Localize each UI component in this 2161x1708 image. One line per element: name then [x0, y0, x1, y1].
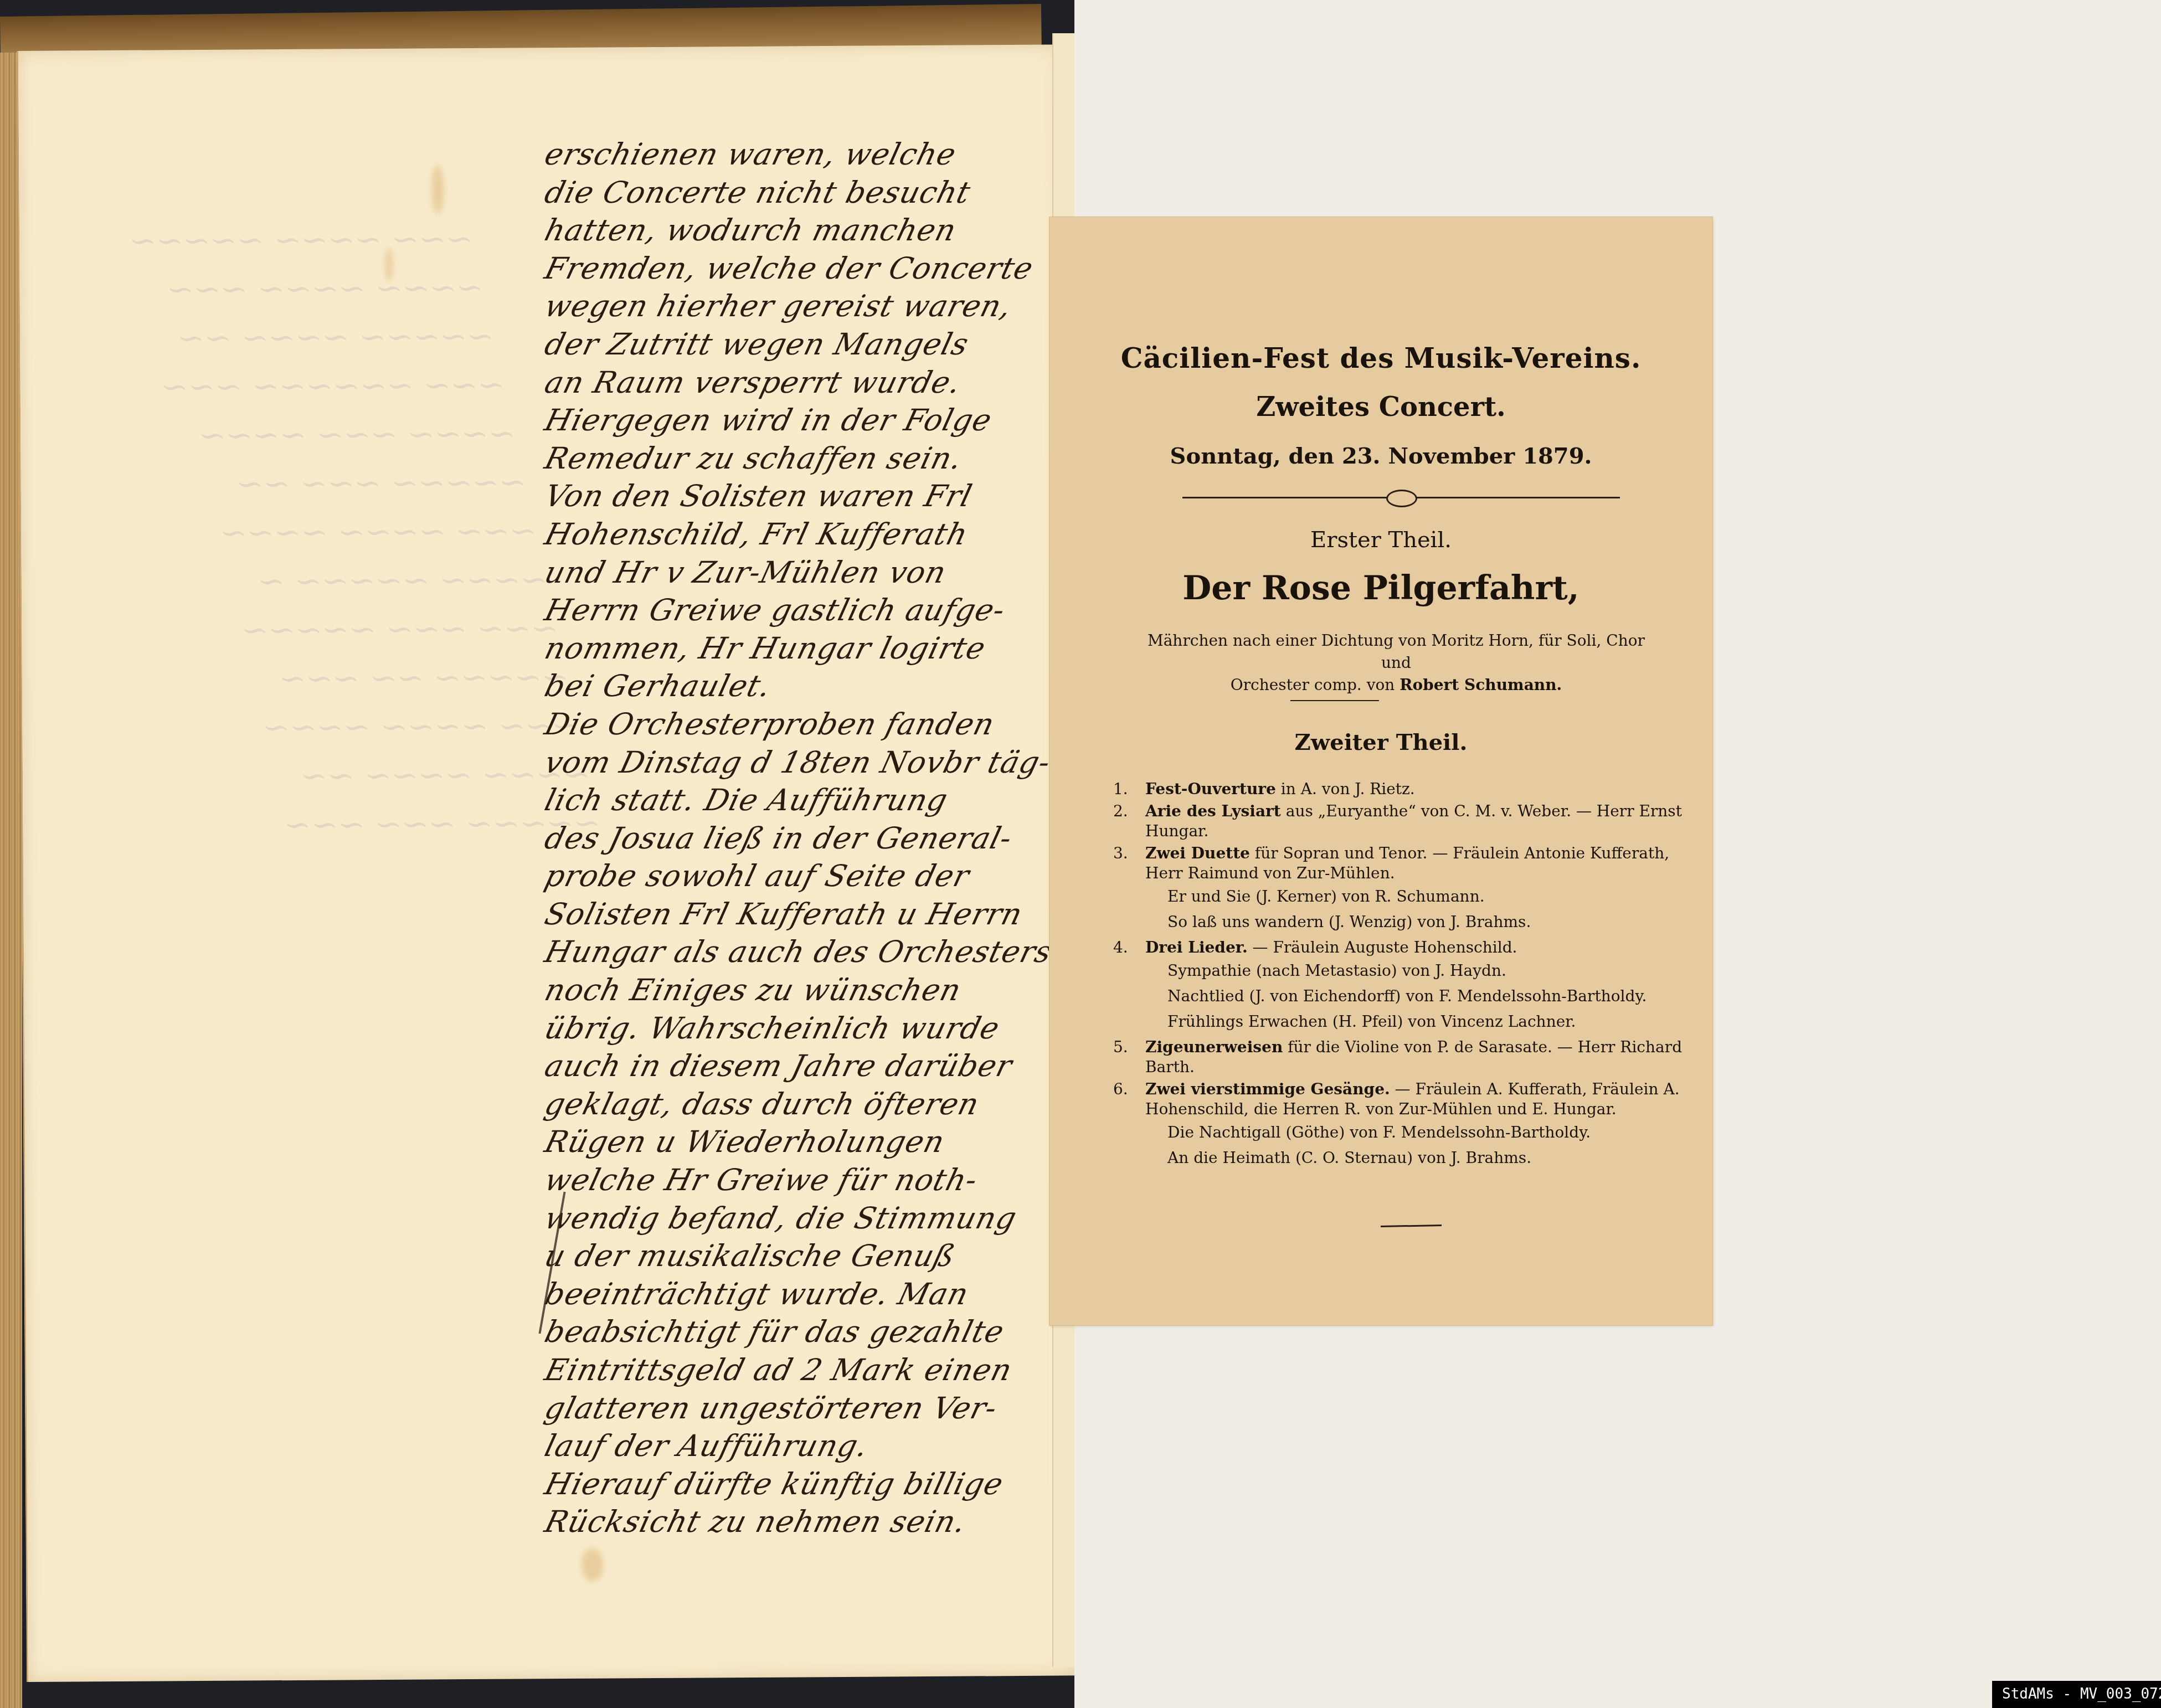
programme-item: 2. Arie des Lysiart aus „Euryanthe“ von …: [1113, 801, 1689, 841]
item-number: 1.: [1113, 779, 1128, 799]
foxing-stain: [582, 1548, 604, 1582]
item-title: Zwei vierstimmige Gesänge.: [1145, 1080, 1390, 1098]
ink-bleed-through: ~~~ ~~~~ ~~~~~~~~~ ~~~~ ~~~~~~~~ ~~~~ ~~…: [24, 214, 605, 850]
part1-composer: Robert Schumann.: [1399, 676, 1562, 694]
manuscript-book: ~~~ ~~~~ ~~~~~~~~~ ~~~~ ~~~~~~~~ ~~~~ ~~…: [0, 0, 1088, 1708]
handwritten-line: der Zutritt wegen Mangels: [541, 326, 1082, 364]
handwritten-line: beabsichtigt für das gezahlte: [541, 1313, 1082, 1351]
handwritten-line: Hiergegen wird in der Folge: [541, 402, 1082, 440]
sub-piece: So laß uns wandern (J. Wenzig) von J. Br…: [1113, 912, 1689, 932]
item-number: 3.: [1113, 843, 1128, 863]
part1-work-title: Der Rose Pilgerfahrt,: [1049, 569, 1712, 608]
part2-heading: Zweiter Theil.: [1049, 729, 1712, 755]
concert-programme-card: Cäcilien-Fest des Musik-Vereins. Zweites…: [1049, 217, 1712, 1325]
item-title: Arie des Lysiart: [1145, 802, 1281, 820]
handwritten-line: vom Dinstag d 18ten Novbr täg-: [541, 744, 1082, 782]
handwritten-line: des Josua ließ in der General-: [541, 820, 1082, 858]
handwritten-line: Die Orchesterproben fanden: [541, 706, 1082, 744]
archive-reference-label: StdAMs - MV_003_072: [1992, 1681, 2161, 1708]
programme-item: 4. Drei Lieder. — Fräulein Auguste Hohen…: [1113, 938, 1689, 958]
handwritten-line: bei Gerhaulet.: [541, 667, 1082, 706]
handwritten-line: nommen, Hr Hungar logirte: [541, 630, 1082, 668]
programme-title: Cäcilien-Fest des Musik-Vereins.: [1049, 342, 1712, 374]
handwritten-line: die Concerte nicht besucht: [541, 174, 1082, 212]
programme-subtitle: Zweites Concert.: [1049, 392, 1712, 423]
handwritten-line: Rücksicht zu nehmen sein.: [541, 1503, 1082, 1541]
programme-item: 6. Zwei vierstimmige Gesänge. — Fräulein…: [1113, 1079, 1689, 1119]
part1-heading: Erster Theil.: [1049, 527, 1712, 553]
part1-desc-line1: Mährchen nach einer Dichtung von Moritz …: [1148, 631, 1645, 672]
handwritten-line: Hohenschild, Frl Kufferath: [541, 516, 1082, 554]
handwritten-line: Von den Solisten waren Frl: [541, 477, 1082, 516]
closing-ornament-rule: [1381, 1225, 1442, 1227]
handwritten-line: geklagt, dass durch öfteren: [541, 1085, 1082, 1124]
item-title: Fest-Ouverture: [1145, 780, 1276, 798]
part2-programme-list: 1. Fest-Ouverture in A. von J. Rietz. 2.…: [1113, 779, 1689, 1174]
handwritten-line: Fremden, welche der Concerte: [541, 250, 1082, 288]
sub-piece: Frühlings Erwachen (H. Pfeil) von Vincen…: [1113, 1012, 1689, 1032]
handwritten-line: hatten, wodurch manchen: [541, 212, 1082, 250]
item-number: 5.: [1113, 1037, 1128, 1057]
handwritten-line: probe sowohl auf Seite der: [541, 857, 1082, 896]
item-text: in A. von J. Rietz.: [1276, 780, 1415, 798]
handwritten-line: wegen hierher gereist waren,: [541, 287, 1082, 326]
item-title: Drei Lieder.: [1145, 938, 1248, 956]
handwritten-line: beeinträchtigt wurde. Man: [541, 1275, 1082, 1314]
ornament-knot-icon: [1386, 490, 1417, 507]
item-text: — Fräulein Auguste Hohenschild.: [1248, 938, 1517, 956]
sub-piece: Er und Sie (J. Kerner) von R. Schumann.: [1113, 887, 1689, 907]
programme-date: Sonntag, den 23. November 1879.: [1049, 443, 1712, 469]
handwritten-line: erschienen waren, welche: [541, 136, 1082, 174]
handwritten-line: Hungar als auch des Orchesters: [541, 933, 1082, 971]
handwritten-line: auch in diesem Jahre darüber: [541, 1047, 1082, 1085]
handwritten-line: welche Hr Greiwe für noth-: [541, 1161, 1082, 1200]
handwritten-line: übrig. Wahrscheinlich wurde: [541, 1010, 1082, 1048]
item-number: 6.: [1113, 1079, 1128, 1099]
programme-item: 3. Zwei Duette für Sopran und Tenor. — F…: [1113, 843, 1689, 883]
handwritten-line: und Hr v Zur-Mühlen von: [541, 554, 1082, 592]
sub-piece: Nachtlied (J. von Eichendorff) von F. Me…: [1113, 986, 1689, 1006]
programme-item: 1. Fest-Ouverture in A. von J. Rietz.: [1113, 779, 1689, 799]
handwritten-line: Rügen u Wiederholungen: [541, 1123, 1082, 1161]
item-number: 2.: [1113, 801, 1128, 821]
handwritten-line: glatteren ungestörteren Ver-: [541, 1390, 1082, 1428]
handwritten-line: Solisten Frl Kufferath u Herrn: [541, 896, 1082, 934]
handwritten-line: wendig befand, die Stimmung: [541, 1200, 1082, 1238]
handwritten-line: noch Einiges zu wünschen: [541, 971, 1082, 1010]
programme-item: 5. Zigeunerweisen für die Violine von P.…: [1113, 1037, 1689, 1077]
sub-piece: Sympathie (nach Metastasio) von J. Haydn…: [1113, 961, 1689, 981]
section-rule: [1290, 700, 1379, 701]
part1-desc-line2: Orchester comp. von: [1231, 676, 1395, 694]
handwritten-line: Hierauf dürfte künftig billige: [541, 1465, 1082, 1504]
sub-piece: Die Nachtigall (Göthe) von F. Mendelssoh…: [1113, 1123, 1689, 1143]
handwritten-line: Eintrittsgeld ad 2 Mark einen: [541, 1351, 1082, 1390]
part1-description: Mährchen nach einer Dichtung von Moritz …: [1135, 630, 1657, 696]
handwritten-line: lauf der Aufführung.: [541, 1427, 1082, 1465]
item-title: Zwei Duette: [1145, 844, 1250, 862]
item-title: Zigeunerweisen: [1145, 1038, 1283, 1056]
item-number: 4.: [1113, 938, 1128, 958]
foxing-stain: [431, 164, 444, 214]
handwritten-line: lich statt. Die Aufführung: [541, 781, 1082, 820]
sub-piece: An die Heimath (C. O. Sternau) von J. Br…: [1113, 1148, 1689, 1168]
handwritten-line: Remedur zu schaffen sein.: [541, 440, 1082, 478]
handwritten-line: an Raum versperrt wurde.: [541, 364, 1082, 402]
handwritten-line: u der musikalische Genuß: [541, 1237, 1082, 1275]
handwritten-text: erschienen waren, welche die Concerte ni…: [546, 136, 1077, 1541]
handwritten-line: Herrn Greiwe gastlich aufge-: [541, 591, 1082, 630]
